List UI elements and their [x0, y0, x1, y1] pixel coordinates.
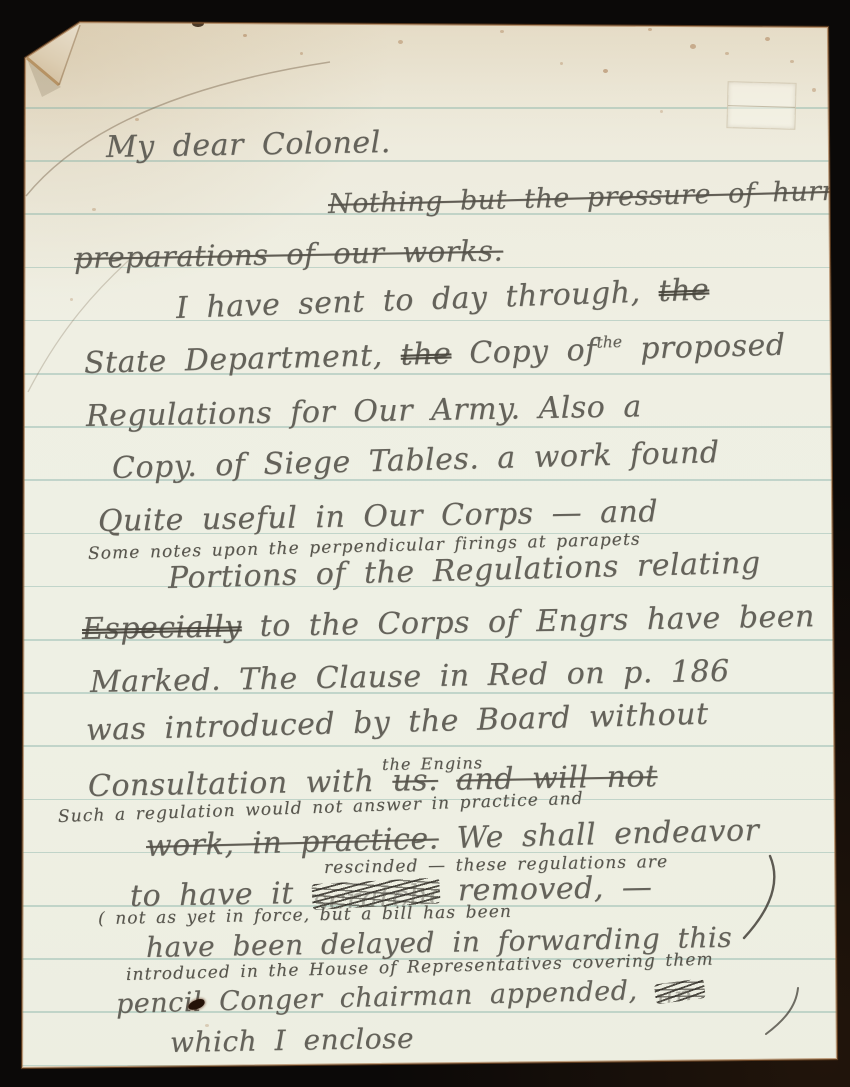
- paper-edge: [0, 0, 850, 1087]
- photo-background: My dear Colonel.Nothing but the pressure…: [0, 0, 850, 1087]
- aged-edge-outline: [22, 22, 837, 1068]
